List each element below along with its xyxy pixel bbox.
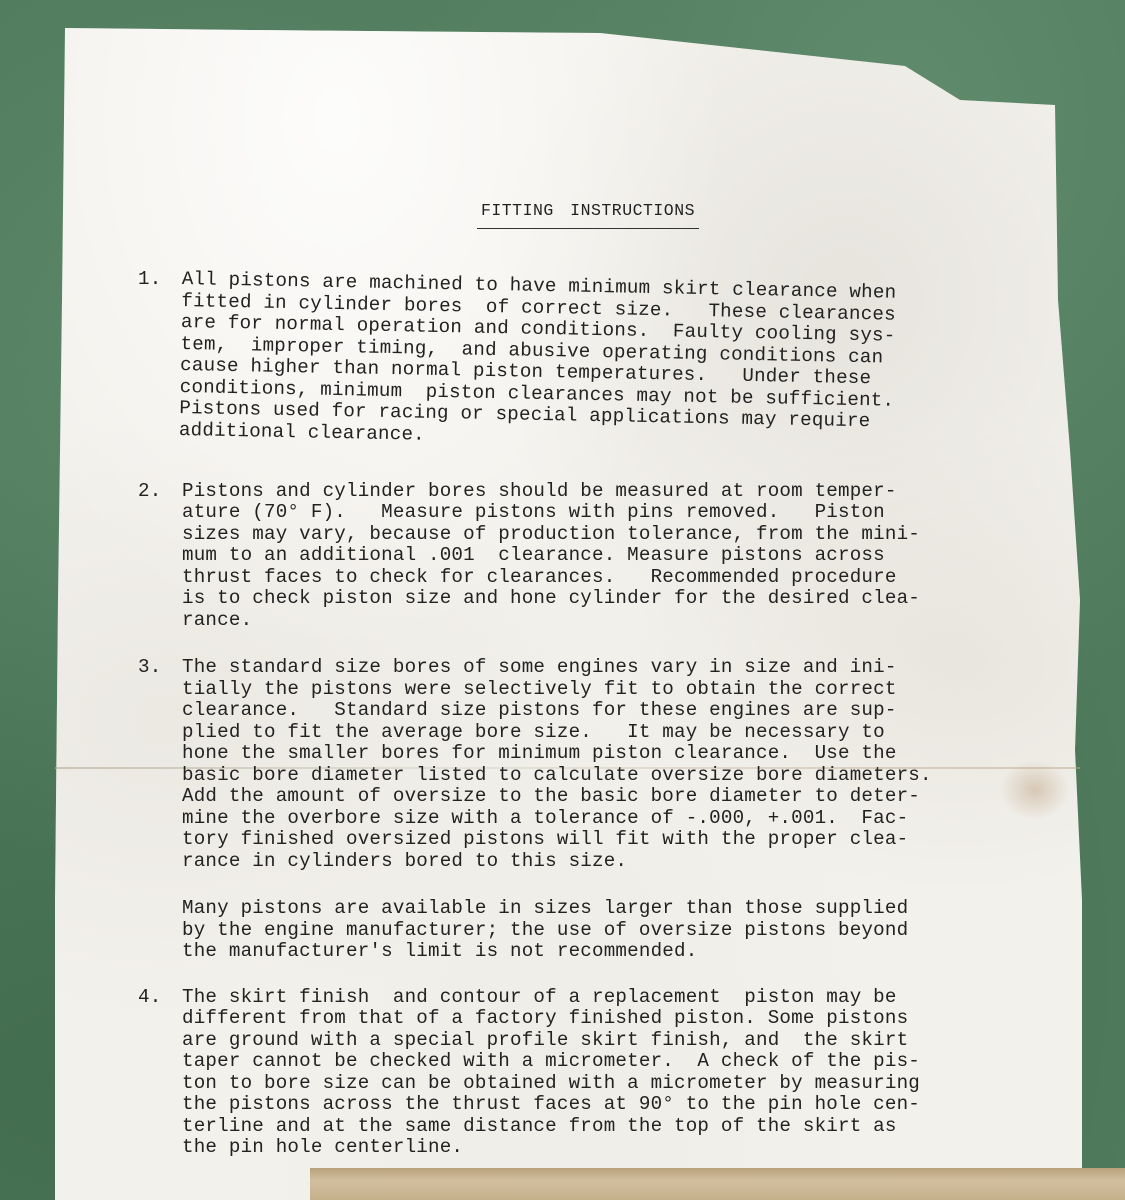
instruction-item-3: 3. The standard size bores of some engin… xyxy=(138,657,998,872)
item-number: 2. xyxy=(138,481,182,632)
item-text: The skirt finish and contour of a replac… xyxy=(182,987,998,1159)
paper-stain xyxy=(1000,760,1070,820)
item-number: 4. xyxy=(138,987,182,1159)
instruction-item-2: 2. Pistons and cylinder bores should be … xyxy=(138,481,998,632)
item-text: Pistons and cylinder bores should be mea… xyxy=(182,481,998,632)
item-text: All pistons are machined to have minimum… xyxy=(179,269,998,457)
note-paragraph: Many pistons are available in sizes larg… xyxy=(182,898,998,963)
document-title: FITTING INSTRUCTIONS xyxy=(178,200,998,229)
instruction-item-1: 1. All pistons are machined to have mini… xyxy=(138,269,998,441)
item-text: The standard size bores of some engines … xyxy=(182,657,998,872)
item-number: 3. xyxy=(138,657,182,872)
fitting-instructions-document: FITTING INSTRUCTIONS 1. All pistons are … xyxy=(138,200,998,1185)
instruction-item-4: 4. The skirt finish and contour of a rep… xyxy=(138,987,998,1159)
item-number: 1. xyxy=(138,269,182,441)
